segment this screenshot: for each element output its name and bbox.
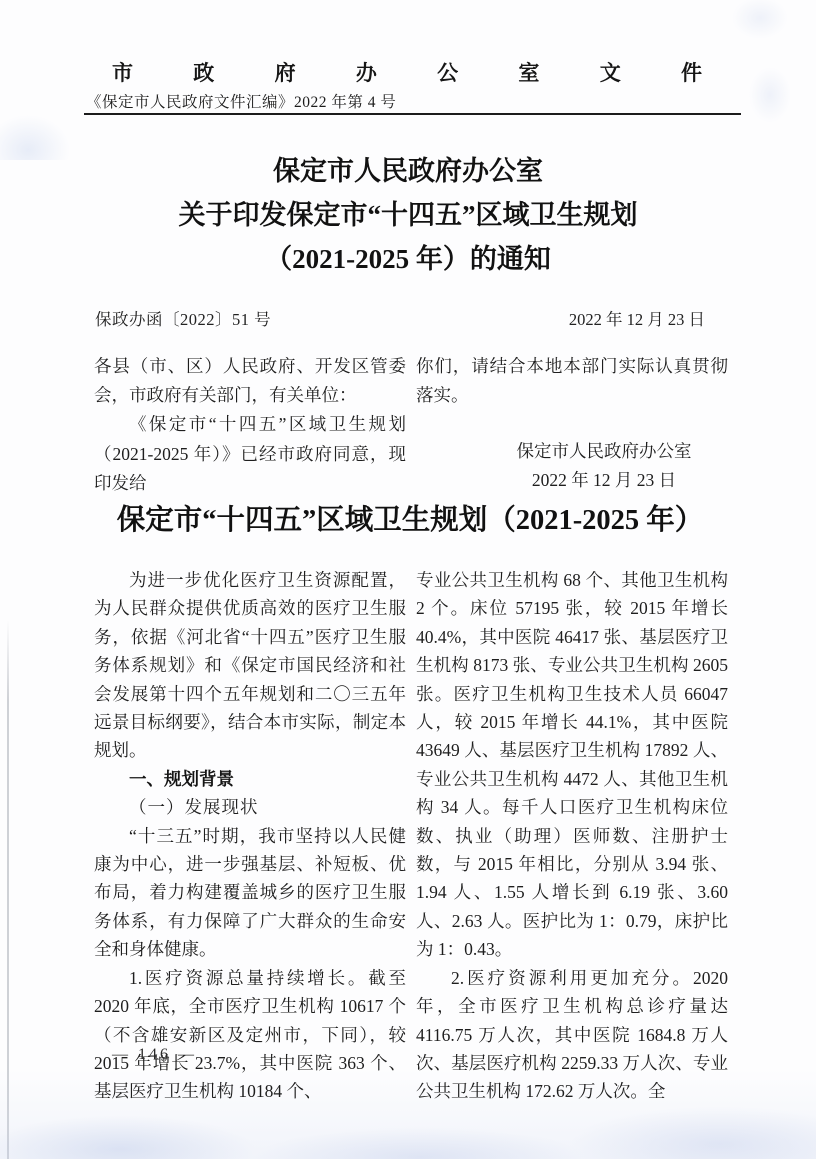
document-title-line-3: （2021-2025 年）的通知 — [88, 237, 728, 281]
body-column-left: 为进一步优化医疗卫生资源配置，为人民群众提供优质高效的医疗卫生服务，依据《河北省… — [94, 566, 406, 1018]
body-paragraph: 为进一步优化医疗卫生资源配置，为人民群众提供优质高效的医疗卫生服务，依据《河北省… — [94, 566, 406, 765]
compilation-line: 《保定市人民政府文件汇编》2022 年第 4 号 — [86, 90, 396, 112]
body-paragraph: 1.医疗资源总量持续增长。截至 2020 年底，全市医疗卫生机构 10617 个… — [94, 964, 406, 1106]
scanned-document-page: 市政府办公室文件 《保定市人民政府文件汇编》2022 年第 4 号 保定市人民政… — [0, 0, 816, 1159]
notice-paragraph: 《保定市“十四五”区域卫生规划（2021-2025 年）》已经市政府同意，现印发… — [94, 410, 406, 498]
body-paragraph: “十三五”时期，我市坚持以人民健康为中心，进一步强基层、补短板、优布局，着力构建… — [94, 822, 406, 964]
notice-salutation: 各县（市、区）人民政府、开发区管委会，市政府有关部门，有关单位： — [94, 352, 406, 410]
header-rule — [84, 113, 741, 115]
page-number: — 146 — — [112, 1046, 197, 1064]
document-date: 2022 年 12 月 23 日 — [569, 306, 705, 330]
masthead-title: 市政府办公室文件 — [112, 62, 702, 86]
plan-title-banner: 保定市“十四五”区域卫生规划（2021-2025 年） — [60, 501, 760, 541]
subsection-heading: （一）发展现状 — [94, 793, 406, 821]
section-heading: 一、规划背景 — [94, 765, 406, 793]
notice-column-left: 各县（市、区）人民政府、开发区管委会，市政府有关部门，有关单位： 《保定市“十四… — [94, 352, 406, 480]
document-number: 保政办函〔2022〕51 号 — [95, 306, 271, 330]
body-paragraph-continued: 专业公共卫生机构 68 个、其他卫生机构 2 个。床位 57195 张，较 20… — [416, 566, 728, 964]
document-title: 保定市人民政府办公室 关于印发保定市“十四五”区域卫生规划 （2021-2025… — [88, 149, 728, 281]
signoff-date: 2022 年 12 月 23 日 — [480, 466, 728, 495]
body-paragraph: 2.医疗资源利用更加充分。2020 年，全市医疗卫生机构总诊疗量达 4116.7… — [416, 964, 728, 1106]
signoff-block: 保定市人民政府办公室 2022 年 12 月 23 日 — [416, 437, 728, 495]
notice-column-right: 你们，请结合本地本部门实际认真贯彻落实。 保定市人民政府办公室 2022 年 1… — [416, 352, 728, 480]
body-column-right: 专业公共卫生机构 68 个、其他卫生机构 2 个。床位 57195 张，较 20… — [416, 566, 728, 1018]
notice-paragraph-continued: 你们，请结合本地本部门实际认真贯彻落实。 — [416, 352, 728, 410]
scan-edge-line — [7, 620, 9, 1159]
document-title-line-2: 关于印发保定市“十四五”区域卫生规划 — [88, 193, 728, 237]
signoff-organization: 保定市人民政府办公室 — [480, 437, 728, 466]
document-title-line-1: 保定市人民政府办公室 — [88, 149, 728, 193]
